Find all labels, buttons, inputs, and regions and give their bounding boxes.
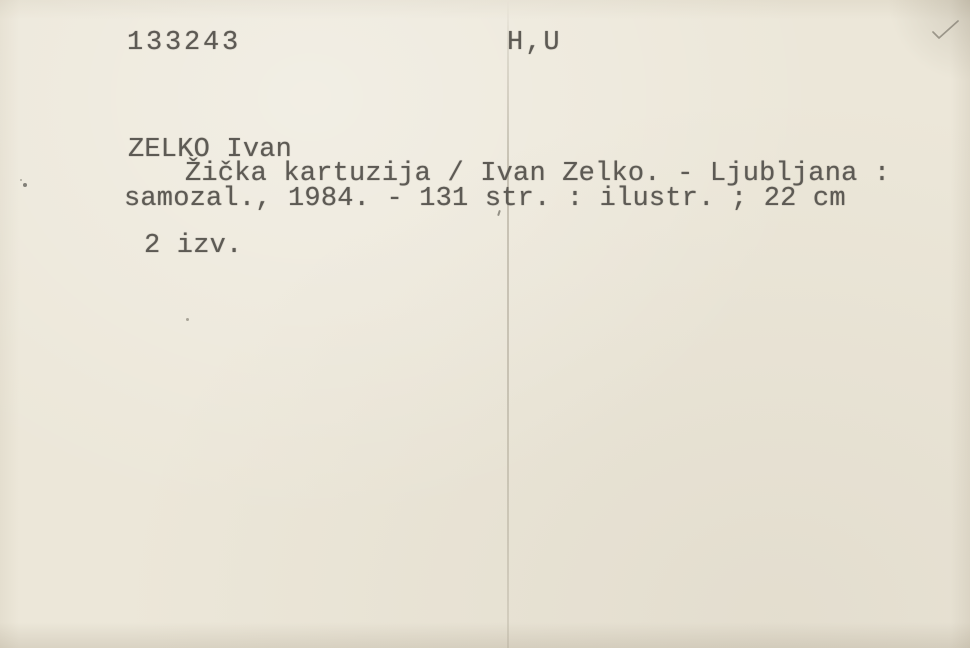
copies-note: 2 izv. [144,233,242,260]
card-crease-line [507,0,509,648]
library-catalog-card: 133243 H,U ZELKO Ivan Žička kartuzija / … [0,0,970,648]
dust-speck [23,183,27,187]
shelf-code: H,U [507,30,562,57]
accession-number: 133243 [127,30,241,57]
imprint-collation-line: samozal., 1984. - 131 str. : ilustr. ; 2… [124,186,846,213]
dust-speck [186,318,189,321]
pencil-checkmark-icon [930,18,962,44]
dust-speck [20,179,22,181]
